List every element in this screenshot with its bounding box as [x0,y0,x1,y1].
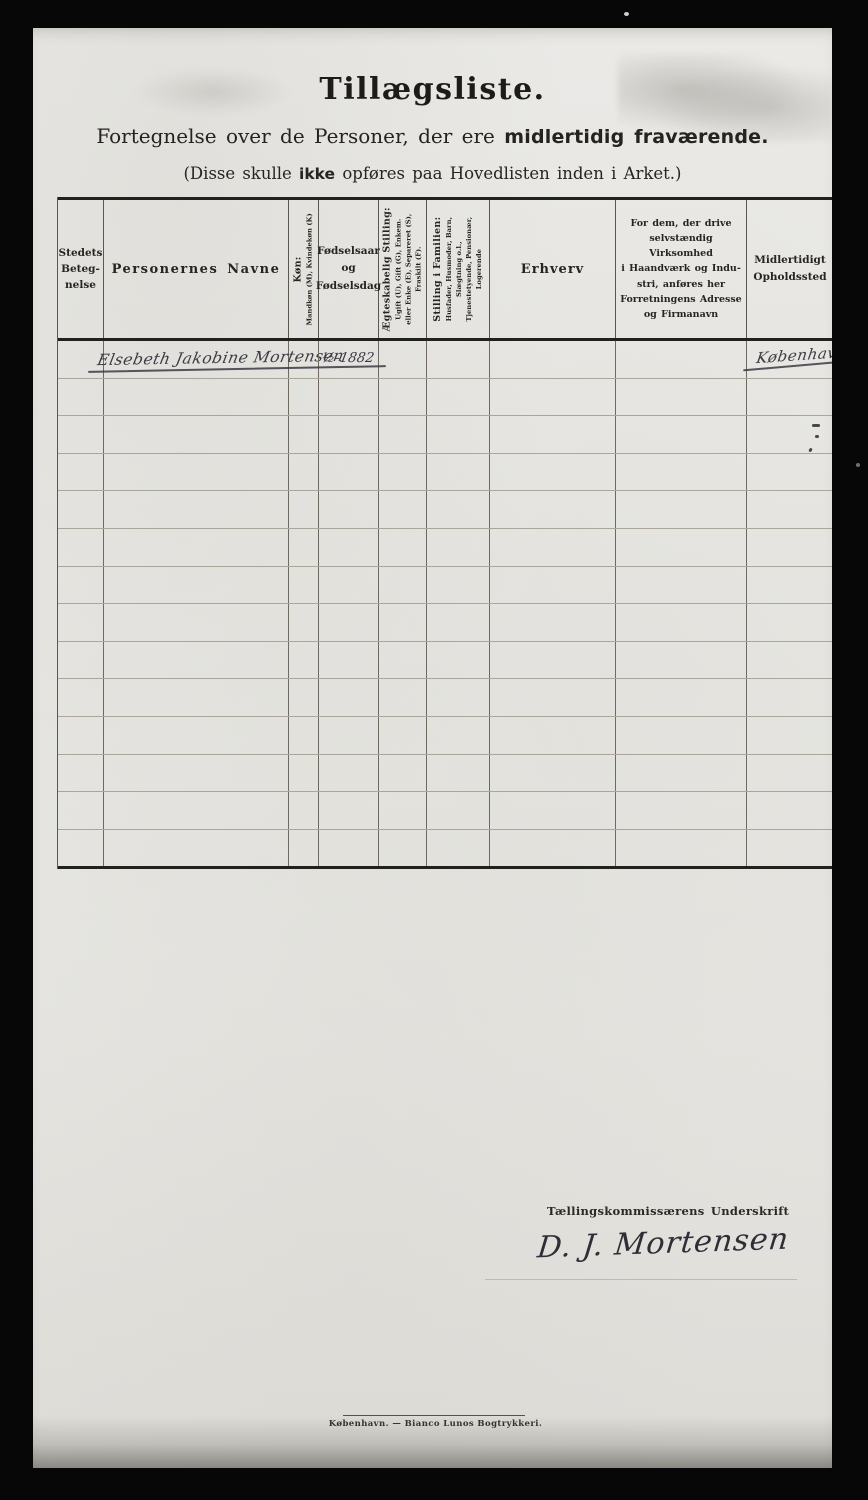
cell-erhverv [490,830,616,867]
cell-stedets [58,792,104,829]
cell-stedets [58,529,104,566]
cell-stilling [427,792,490,829]
column-header-fodselsaar: Fødselsaar og Fødselsdag [319,200,379,338]
cell-stedets [58,755,104,792]
cell-aegteskab [379,379,427,416]
cell-kon [289,454,319,491]
cell-virksomhed [616,341,747,378]
cell-virksomhed [616,679,747,716]
cell-ophold [747,792,832,829]
column-header-stilling-i-familien: Stilling i Familien: Husfader, Husmoder,… [427,200,490,338]
column-header-label: Erhverv [521,262,584,277]
cell-aegteskab [379,792,427,829]
cell-kon [289,755,319,792]
cell-erhverv [490,454,616,491]
cell-stilling [427,642,490,679]
cell-virksomhed [616,830,747,867]
page-title: Tillægsliste. [33,72,832,107]
column-header-stedets-betegnelse: Stedets Beteg- nelse [58,200,104,338]
cell-ophold [747,830,832,867]
cell-navne [104,642,289,679]
cell-stedets [58,679,104,716]
cell-aegteskab [379,717,427,754]
table-row [58,491,832,529]
cell-fodsel [319,642,379,679]
table-row: Elsebeth Jakobine Mortensen½-1882Københa… [58,341,832,379]
cell-aegteskab [379,567,427,604]
cell-fodsel [319,679,379,716]
cell-virksomhed [616,491,747,528]
cell-virksomhed [616,717,747,754]
cell-virksomhed [616,792,747,829]
cell-stedets [58,717,104,754]
column-header-sublabel: Mandkøn (M), Kvindekøn (K) [305,213,315,325]
cell-stedets [58,642,104,679]
census-table: Stedets Beteg- nelse Personernes Navne K… [57,197,832,869]
cell-virksomhed [616,604,747,641]
cell-stedets [58,454,104,491]
cell-stilling [427,529,490,566]
column-header-label: Midlertidigt Opholdssted [753,252,826,287]
signature-label: Tællingskommissærens Underskrift [547,1204,789,1218]
commissioner-signature: D. J. Mortensen [536,1222,791,1266]
cell-stedets [58,491,104,528]
table-row [58,717,832,755]
cell-ophold [747,755,832,792]
cell-stilling [427,416,490,453]
column-header-label: Stedets Beteg- nelse [59,245,103,294]
cell-stedets [58,567,104,604]
cell-navne [104,491,289,528]
cell-fodsel [319,792,379,829]
scan-background: { "header": { "title": "Tillægsliste.", … [0,0,868,1500]
cell-stilling [427,830,490,867]
column-header-label: Personernes Navne [112,262,281,277]
cell-erhverv [490,792,616,829]
column-header-virksomhed: For dem, der drive selvstændig Virksomhe… [616,200,747,338]
cell-erhverv [490,755,616,792]
cell-erhverv [490,341,616,378]
cell-fodsel [319,491,379,528]
cell-stedets [58,379,104,416]
column-header-aegteskabelig-stilling: Ægteskabelig Stilling: Ugift (U), Gift (… [379,200,427,338]
cell-kon [289,717,319,754]
cell-erhverv [490,717,616,754]
cell-navne [104,755,289,792]
cell-ophold [747,454,832,491]
cell-ophold [747,604,832,641]
column-header-midlertidigt-opholdssted: Midlertidigt Opholdssted [747,200,832,338]
cell-virksomhed [616,642,747,679]
table-row [58,679,832,717]
cell-erhverv [490,679,616,716]
cell-stilling [427,491,490,528]
cell-ophold [747,717,832,754]
cell-fodsel [319,529,379,566]
cell-navne [104,379,289,416]
cell-stilling [427,679,490,716]
cell-fodsel [319,830,379,867]
column-header-label: Fødselsaar og Fødselsdag [316,243,381,295]
column-header-kon: Køn: Mandkøn (M), Kvindekøn (K) [289,200,319,338]
cell-stilling [427,755,490,792]
cell-kon [289,567,319,604]
cell-aegteskab [379,341,427,378]
cell-aegteskab [379,604,427,641]
signature-baseline [485,1279,797,1280]
cell-ophold: København [747,341,832,378]
cell-navne [104,454,289,491]
cell-fodsel [319,454,379,491]
cell-virksomhed [616,529,747,566]
cell-fodsel [319,717,379,754]
document-page: Tillægsliste. Fortegnelse over de Person… [33,28,832,1468]
table-row [58,379,832,417]
cell-kon [289,379,319,416]
cell-fodsel [319,416,379,453]
table-row [58,604,832,642]
table-header-row: Stedets Beteg- nelse Personernes Navne K… [58,197,832,341]
cell-stilling [427,717,490,754]
cell-virksomhed [616,755,747,792]
instruction-note: (Disse skulle ikke opføres paa Hovedlist… [33,164,832,183]
table-row [58,567,832,605]
cell-erhverv [490,604,616,641]
note-emphasis: ikke [299,165,335,183]
subtitle-emphasis: midlertidig fraværende. [504,126,768,148]
cell-ophold [747,642,832,679]
table-row [58,529,832,567]
cell-erhverv [490,567,616,604]
column-header-label: Stilling i Familien: [432,216,443,321]
cell-erhverv [490,379,616,416]
cell-stedets [58,416,104,453]
cell-ophold [747,567,832,604]
cell-navne: Elsebeth Jakobine Mortensen [104,341,289,378]
cell-fodsel [319,379,379,416]
cell-stilling [427,454,490,491]
cell-navne [104,717,289,754]
cell-aegteskab [379,529,427,566]
cell-virksomhed [616,379,747,416]
column-header-label: Ægteskabelig Stilling: [381,207,392,331]
cell-erhverv [490,416,616,453]
cell-ophold [747,529,832,566]
cell-stedets [58,604,104,641]
cell-aegteskab [379,679,427,716]
table-row [58,454,832,492]
cell-kon [289,416,319,453]
cell-virksomhed [616,567,747,604]
column-header-sublabel: Ugift (U), Gift (G), Enkem. eller Enke (… [394,213,424,324]
cell-erhverv [490,529,616,566]
cell-kon [289,792,319,829]
note-text: (Disse skulle [184,164,300,183]
footer-rule [343,1415,525,1416]
table-row [58,792,832,830]
cell-fodsel [319,567,379,604]
cell-kon [289,830,319,867]
cell-aegteskab [379,416,427,453]
column-header-erhverv: Erhverv [490,200,616,338]
dust-fleck [624,12,629,16]
cell-kon [289,491,319,528]
subtitle-text: Fortegnelse over de Personer, der ere [96,124,504,148]
cell-ophold [747,679,832,716]
cell-stilling [427,567,490,604]
cell-aegteskab [379,830,427,867]
cell-stilling [427,379,490,416]
cell-fodsel [319,755,379,792]
cell-aegteskab [379,454,427,491]
table-row [58,755,832,793]
cell-navne [104,792,289,829]
column-header-label: For dem, der drive selvstændig Virksomhe… [616,216,746,322]
cell-kon [289,642,319,679]
cell-kon [289,604,319,641]
cell-erhverv [490,491,616,528]
rotated-header: Ægteskabelig Stilling: Ugift (U), Gift (… [381,204,424,334]
cell-ophold [747,379,832,416]
cell-stedets [58,830,104,867]
cell-navne [104,830,289,867]
table-body: Elsebeth Jakobine Mortensen½-1882Københa… [58,341,832,869]
page-subtitle: Fortegnelse over de Personer, der ere mi… [33,124,832,148]
cell-ophold [747,416,832,453]
cell-aegteskab [379,491,427,528]
table-row [58,416,832,454]
cell-stilling [427,604,490,641]
column-header-sublabel: Husfader, Husmoder, Barn, Slægtning o.l.… [445,217,484,322]
cell-virksomhed [616,454,747,491]
cell-navne [104,529,289,566]
cell-navne [104,604,289,641]
cell-aegteskab [379,642,427,679]
printer-imprint: København. — Bianco Lunos Bogtrykkeri. [313,1419,558,1429]
column-header-label: Køn: [292,256,303,282]
cell-fodsel [319,604,379,641]
cell-navne [104,567,289,604]
cell-virksomhed [616,416,747,453]
column-header-personernes-navne: Personernes Navne [104,200,289,338]
cell-stilling [427,341,490,378]
cell-fodsel: ½-1882 [319,341,379,378]
cell-kon [289,341,319,378]
table-row [58,642,832,680]
table-row [58,830,832,867]
rotated-header: Stilling i Familien: Husfader, Husmoder,… [432,204,484,334]
rotated-header: Køn: Mandkøn (M), Kvindekøn (K) [292,204,315,334]
cell-navne [104,416,289,453]
note-text: opføres paa Hovedlisten inden i Arket.) [335,164,681,183]
cell-ophold [747,491,832,528]
cell-navne [104,679,289,716]
cell-kon [289,679,319,716]
handwritten-birthdate: ½-1882 [321,350,376,366]
cell-aegteskab [379,755,427,792]
dust-fleck [856,463,860,467]
cell-kon [289,529,319,566]
cell-erhverv [490,642,616,679]
